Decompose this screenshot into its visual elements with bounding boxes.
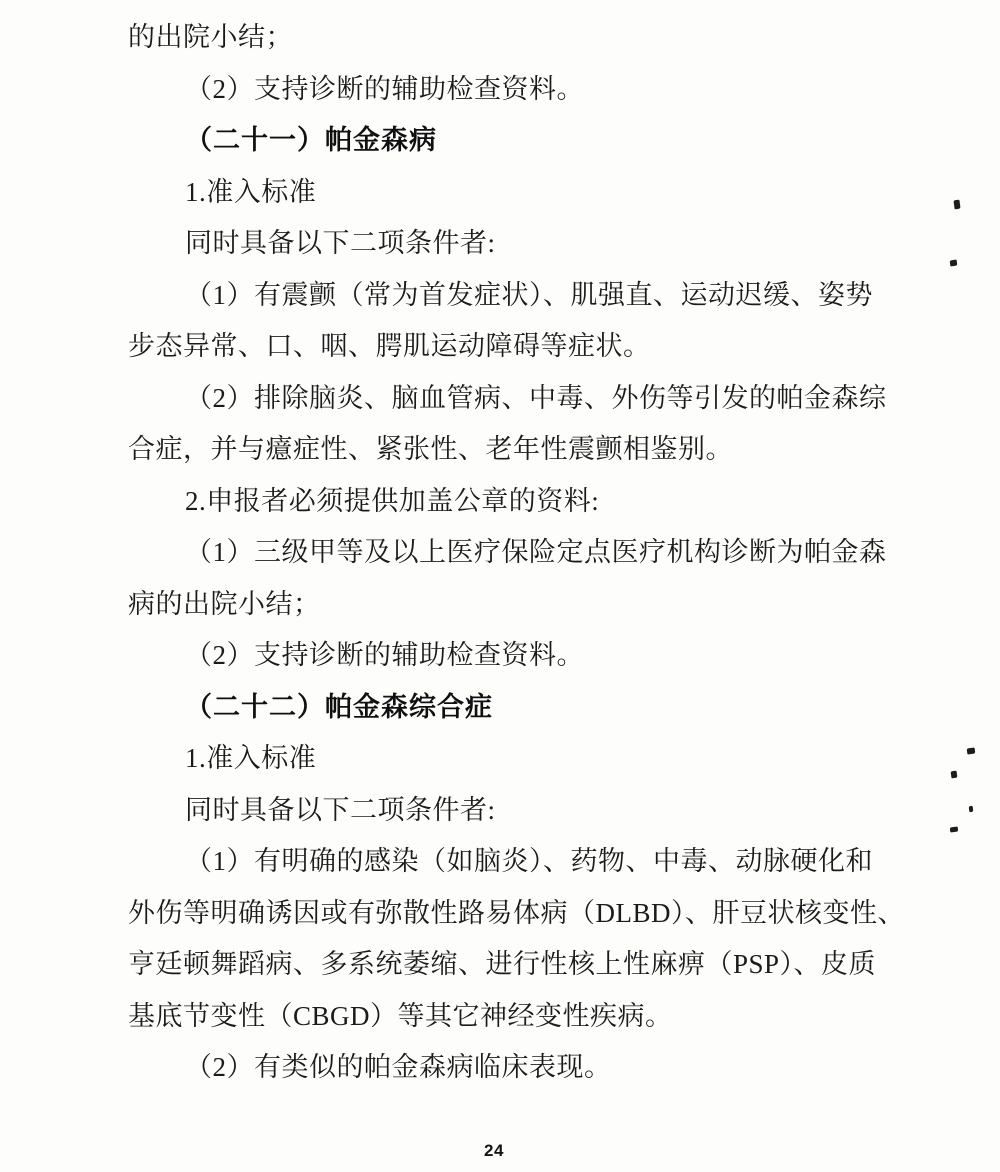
document-line: （2）排除脑炎、脑血管病、中毒、外伤等引发的帕金森综	[128, 373, 938, 425]
document-line: （2）有类似的帕金森病临床表现。	[128, 1042, 938, 1094]
document-line: （2）支持诊断的辅助检查资料。	[128, 630, 938, 682]
ink-speck-artifact	[967, 747, 976, 754]
document-line: 同时具备以下二项条件者:	[128, 218, 938, 270]
section-heading: （二十二）帕金森综合症	[128, 682, 938, 734]
document-line: （1）三级甲等及以上医疗保险定点医疗机构诊断为帕金森	[128, 527, 938, 579]
document-line: 的出院小结；	[128, 12, 938, 64]
ink-speck-artifact	[950, 260, 958, 267]
section-heading: （二十一）帕金森病	[128, 115, 938, 167]
document-line: 1.准入标准	[128, 733, 938, 785]
document-line: 病的出院小结；	[128, 579, 938, 631]
document-line: 亨廷顿舞蹈病、多系统萎缩、进行性核上性麻痹（PSP）、皮质	[128, 939, 938, 991]
document-line: （1）有震颤（常为首发症状）、肌强直、运动迟缓、姿势	[128, 270, 938, 322]
document-line: 2.申报者必须提供加盖公章的资料:	[128, 476, 938, 528]
document-line: 外伤等明确诱因或有弥散性路易体病（DLBD）、肝豆状核变性、	[128, 888, 938, 940]
document-line: 基底节变性（CBGD）等其它神经变性疾病。	[128, 991, 938, 1043]
document-line: 合症，并与癔症性、紧张性、老年性震颤相鉴别。	[128, 424, 938, 476]
scanned-document-page: 的出院小结；（2）支持诊断的辅助检查资料。（二十一）帕金森病1.准入标准同时具备…	[0, 0, 1000, 1172]
ink-speck-artifact	[953, 200, 960, 210]
ink-speck-artifact	[969, 806, 974, 812]
document-text-body: 的出院小结；（2）支持诊断的辅助检查资料。（二十一）帕金森病1.准入标准同时具备…	[128, 12, 938, 1094]
page-number: 24	[0, 1141, 988, 1161]
document-line: 1.准入标准	[128, 167, 938, 219]
document-line: 同时具备以下二项条件者:	[128, 785, 938, 837]
document-line: （2）支持诊断的辅助检查资料。	[128, 64, 938, 116]
document-line: （1）有明确的感染（如脑炎）、药物、中毒、动脉硬化和	[128, 836, 938, 888]
ink-speck-artifact	[950, 826, 959, 832]
document-line: 步态异常、口、咽、腭肌运动障碍等症状。	[128, 321, 938, 373]
ink-speck-artifact	[951, 771, 958, 779]
